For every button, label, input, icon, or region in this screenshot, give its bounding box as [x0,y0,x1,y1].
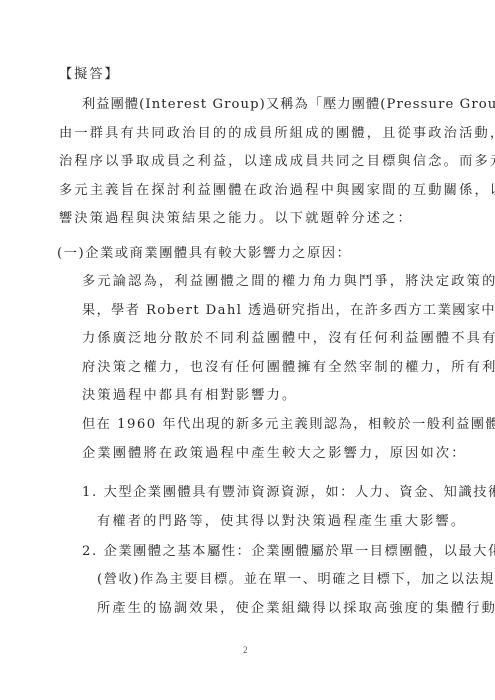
paragraph-line: 多元論認為，利益團體之間的權力角力與鬥爭，將決定政策的走向及結 [82,274,495,290]
section-heading: (一)企業或商業團體具有較大影響力之原因： [57,246,351,262]
document-page: 【擬答】 利益團體(Interest Group)又稱為「壓力團體(Pressu… [0,0,495,700]
list-item-2-continuation: 所產生的協調效果，使企業組織得以採取高強度的集體行動以影響 [97,601,495,617]
paragraph-line: 果，學者 Robert Dahl 透過研究指出，在許多西方工業國家中，政治權 [82,303,495,319]
list-item-1-continuation: 有權者的門路等，使其得以對決策過程產生重大影響。 [97,514,466,530]
answer-heading: 【擬答】 [59,67,120,83]
list-item-1: 1. 大型企業團體具有豐沛資源資源，如：人力、資金、知識技術、接近 [82,485,495,501]
list-item-2: 2. 企業團體之基本屬性：企業團體屬於單一目標團體，以最大化利潤 [82,544,495,560]
paragraph-line: 企業團體將在政策過程中產生較大之影響力，原因如次： [82,446,467,462]
list-item-2-continuation: (營收)作為主要目標。並在單一、明確之目標下，加之以法規與權威 [97,572,495,588]
paragraph-line: 利益團體(Interest Group)又稱為「壓力團體(Pressure Gr… [82,97,495,113]
paragraph-line: 響決策過程與決策結果之能力。以下就題幹分述之： [59,211,413,227]
paragraph-line: 多元主義旨在探討利益團體在政治過程中與國家間的互動關係，以及其影 [59,183,495,199]
page-number: 2 [243,645,248,655]
paragraph-line: 但在 1960 年代出現的新多元主義則認為，相較於一般利益團體，大型 [82,417,495,433]
paragraph-line: 力係廣泛地分散於不同利益團體中，沒有任何利益團體不具有影響政 [82,331,495,347]
paragraph-line: 府決策之權力，也沒有任何團體擁有全然宰制的權力，所有利益團體在 [82,360,495,376]
paragraph-line: 治程序以爭取成員之利益，以達成成員共同之目標與信念。而多元主義與新 [59,154,495,170]
paragraph-line: 由一群具有共同政治目的的成員所組成的團體，且從事政治活動，或透過政 [59,126,495,142]
paragraph-line: 決策過程中都具有相對影響力。 [82,388,297,404]
